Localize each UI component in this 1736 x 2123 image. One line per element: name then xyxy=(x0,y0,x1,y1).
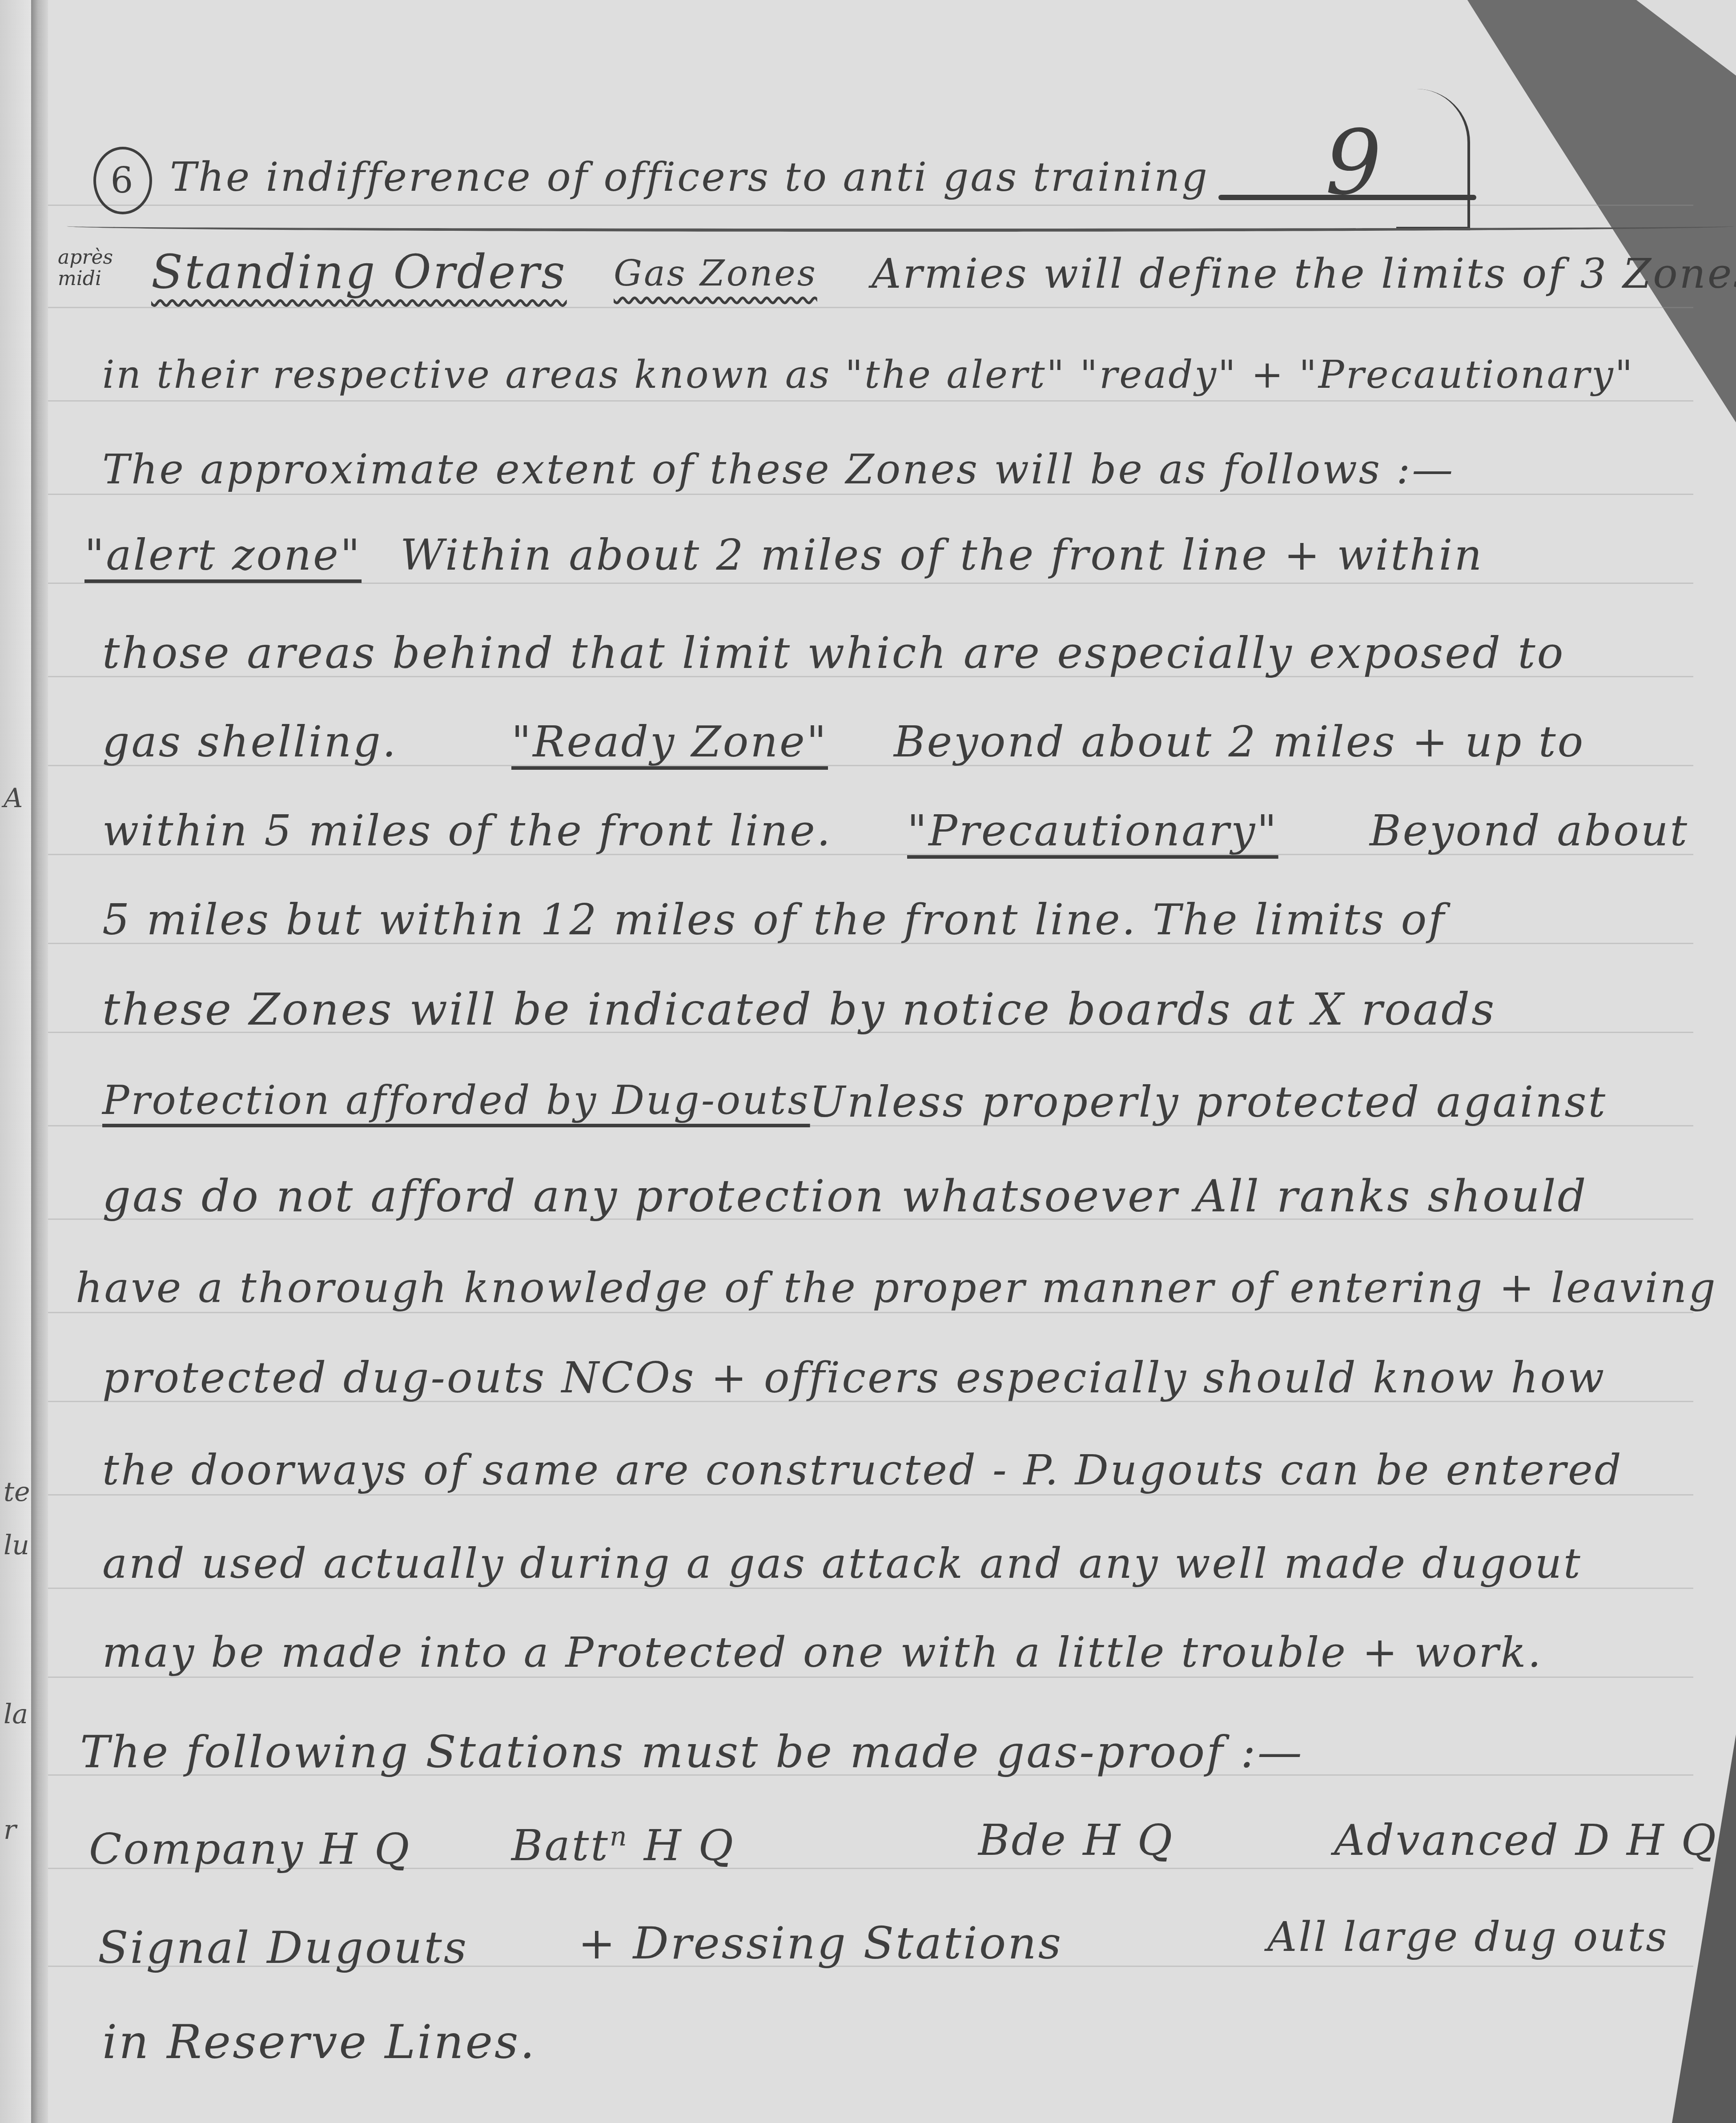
label-alert-zone: "alert zone" xyxy=(84,534,362,576)
margin-note: après midi xyxy=(58,247,113,290)
text-line: those areas behind that limit which are … xyxy=(102,631,1565,675)
station-text: H Q xyxy=(629,1821,735,1870)
ruled-line xyxy=(48,494,1693,495)
text-line: the doorways of same are constructed - P… xyxy=(102,1450,1623,1492)
margin-fragment: r xyxy=(4,1814,16,1846)
station-advanced-dhq: Advanced D H Q xyxy=(1334,1819,1718,1862)
adjacent-page-edge xyxy=(0,0,31,2123)
text-line: gas do not afford any protection whatsoe… xyxy=(102,1174,1588,1218)
station-text: Batt xyxy=(511,1821,610,1870)
heading-standing-orders: Standing Orders xyxy=(151,249,567,295)
text-line: The following Stations must be made gas-… xyxy=(80,1730,1304,1774)
title-dash xyxy=(1218,195,1476,200)
text-line: in Reserve Lines. xyxy=(102,2019,536,2065)
label-text: "Precautionary" xyxy=(907,806,1278,856)
margin-fragment: lu xyxy=(4,1530,29,1561)
wavy-divider xyxy=(67,218,1734,232)
text-line: Within about 2 miles of the front line +… xyxy=(400,534,1483,576)
text-line: 5 miles but within 12 miles of the front… xyxy=(102,898,1446,941)
notebook-page xyxy=(48,0,1736,2123)
label-precautionary: "Precautionary" xyxy=(907,809,1278,852)
page-number-bracket xyxy=(1396,89,1470,230)
margin-fragment: te xyxy=(4,1476,30,1508)
heading-text: Standing Orders xyxy=(151,245,567,299)
text-line: gas shelling. xyxy=(102,720,398,763)
label-text: "Ready Zone" xyxy=(511,717,828,767)
station-battalion-hq: Battn H Q xyxy=(511,1823,735,1867)
title-text: The indifference of officers to anti gas… xyxy=(170,154,1209,201)
text-line: may be made into a Protected one with a … xyxy=(102,1632,1543,1674)
ruled-line xyxy=(48,583,1693,584)
station-signal-dugouts: Signal Dugouts xyxy=(98,1926,468,1970)
text-line: in their respective areas known as "the … xyxy=(102,356,1634,394)
heading-text: Protection afforded by Dug-outs xyxy=(102,1077,810,1124)
text-line: within 5 miles of the front line. xyxy=(102,809,832,852)
title-line: 6The indifference of officers to anti ga… xyxy=(93,147,1209,214)
ruled-line xyxy=(48,307,1693,308)
station-dressing-stations: + Dressing Stations xyxy=(578,1921,1063,1966)
subheading-text: Gas Zones xyxy=(614,253,817,294)
subheading-gas-zones: Gas Zones xyxy=(614,256,817,291)
ruled-line xyxy=(48,400,1693,402)
superscript: n xyxy=(610,1821,629,1852)
station-company-hq: Company H Q xyxy=(89,1828,411,1870)
margin-fragment: la xyxy=(4,1699,28,1730)
margin-fragment: A xyxy=(4,783,23,814)
margin-note-line: midi xyxy=(58,268,113,289)
item-number: 6 xyxy=(93,147,152,214)
text-line: and used actually during a gas attack an… xyxy=(102,1543,1582,1585)
text-line: Beyond about 2 miles + up to xyxy=(894,720,1585,763)
text-line: All large dug outs xyxy=(1267,1917,1668,1958)
heading-dugouts: Protection afforded by Dug-outs xyxy=(102,1081,810,1121)
text-line: The approximate extent of these Zones wi… xyxy=(102,449,1455,490)
station-brigade-hq: Bde H Q xyxy=(978,1819,1174,1862)
text-line: these Zones will be indicated by notice … xyxy=(102,987,1496,1032)
text-line: Beyond about xyxy=(1370,809,1689,852)
text-line: Unless properly protected against xyxy=(809,1081,1607,1123)
text-line: protected dug-outs NCOs + officers espec… xyxy=(102,1356,1606,1399)
label-text: "alert zone" xyxy=(84,530,362,580)
label-ready-zone: "Ready Zone" xyxy=(511,720,828,763)
book-gutter xyxy=(31,0,49,2123)
margin-note-line: après xyxy=(58,247,113,268)
text-line: have a thorough knowledge of the proper … xyxy=(76,1267,1717,1309)
text-line: Armies will define the limits of 3 Zones xyxy=(872,253,1736,294)
